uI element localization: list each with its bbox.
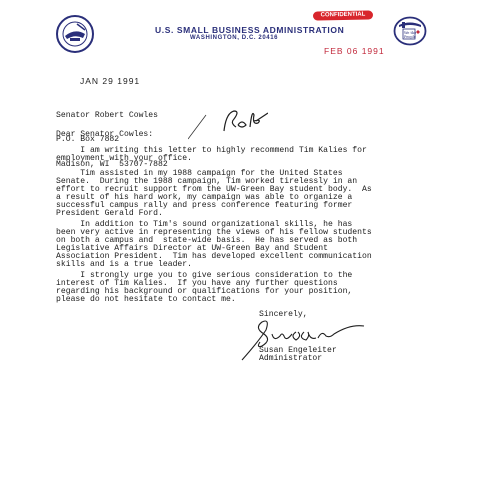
we-the-people-seal-icon: We the People (393, 16, 427, 46)
confidential-stamp: CONFIDENTIAL (313, 10, 373, 20)
sba-seal-icon (55, 14, 95, 54)
svg-text:People: People (404, 35, 416, 39)
body-paragraph-3: In addition to Tim's sound organizationa… (56, 221, 372, 270)
handwritten-rob-note (188, 103, 268, 143)
letterhead-organization: U.S. Small Business Administration (155, 25, 344, 35)
body-paragraph-2: Tim assisted in my 1988 campaign for the… (56, 170, 372, 219)
letterhead-address: Washington, D.C. 20416 (190, 35, 278, 41)
salutation: Dear Senator Cowles: (56, 131, 153, 139)
recipient-line: Senator Robert Cowles (56, 112, 168, 120)
body-paragraph-4: I strongly urge you to give serious cons… (56, 272, 352, 304)
received-date-stamp: FEB 06 1991 (324, 46, 385, 56)
sent-date-stamp: JAN 29 1991 (80, 76, 140, 86)
body-paragraph-1: I am writing this letter to highly recom… (56, 147, 367, 163)
signer-name-title: Susan Engeleiter Administrator (259, 347, 337, 363)
